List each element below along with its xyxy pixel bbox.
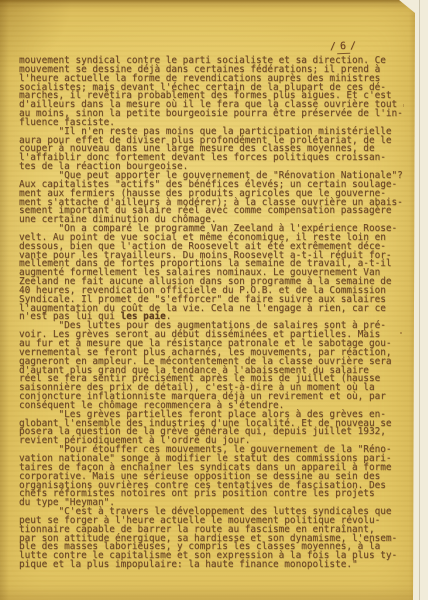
scanned-document-page: /6/ mouvement syndical contre le parti s… <box>0 0 428 600</box>
page-number-slash-right: / <box>350 41 357 52</box>
page-number: /6/ <box>330 42 357 55</box>
scan-background-line <box>419 0 420 600</box>
text-line: pique et la plus impopulaire: la haute f… <box>19 561 415 570</box>
typewritten-text-block: mouvement syndical contre le parti socia… <box>19 57 415 570</box>
page-number-value: 6 <box>337 42 350 54</box>
